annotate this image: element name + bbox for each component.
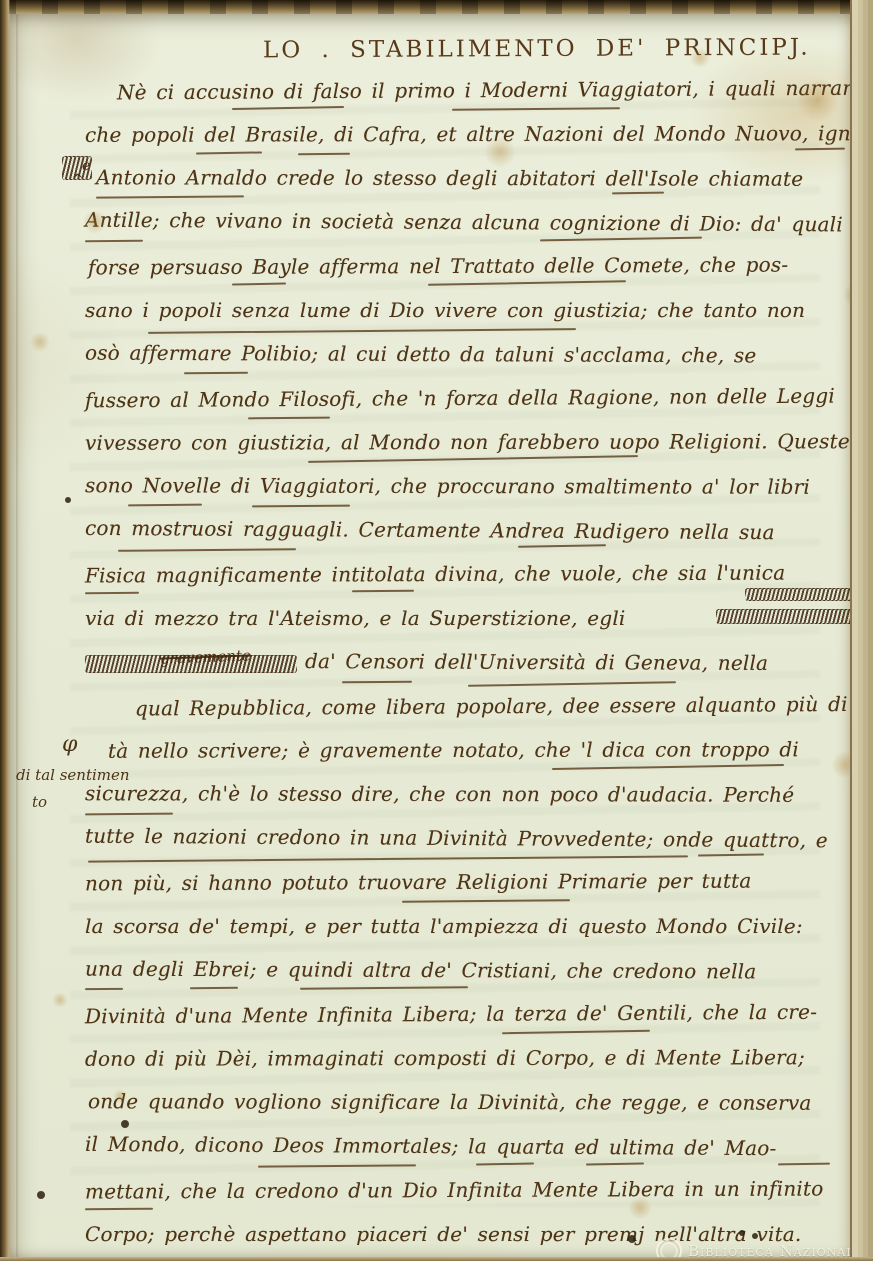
- manuscript-scan: LO . STABILIMENTO DE' PRINCIPJ. Nè ci ac…: [0, 0, 873, 1261]
- manuscript-line: che popoli del Brasile, di Cafra, et alt…: [85, 121, 870, 147]
- underline-stroke: [612, 192, 664, 195]
- underline-stroke: [85, 813, 173, 816]
- book-edge-bottom: [0, 1257, 873, 1261]
- margin-note-line2: to: [32, 793, 47, 811]
- manuscript-line: da' Censori dell'Università di Geneva, n…: [305, 649, 768, 675]
- underline-stroke: [452, 107, 620, 110]
- underline-stroke: [795, 148, 845, 151]
- margin-insertion-mark: φ: [62, 732, 77, 757]
- manuscript-line: con mostruosi ragguagli. Certamente Andr…: [85, 516, 775, 544]
- underline-stroke: [468, 681, 676, 687]
- manuscript-line: dono di più Dèi, immaginati composti di …: [85, 1045, 805, 1071]
- manuscript-line: la scorsa de' tempi, e per tutta l'ampie…: [85, 914, 803, 938]
- page-edges-right: [850, 0, 873, 1261]
- manuscript-line: fussero al Mondo Filosofi, che 'n forza …: [85, 384, 835, 413]
- underline-stroke: [308, 455, 638, 463]
- manuscript-line: non più, si hanno potuto truovare Religi…: [85, 869, 752, 896]
- manuscript-line: Fisica magnificamente intitolata divina,…: [85, 561, 785, 588]
- ink-dot: [628, 1235, 636, 1243]
- manuscript-line: sano i popoli senza lume di Dio vivere c…: [85, 298, 805, 322]
- manuscript-line: qual Repubblica, come libera popolare, d…: [135, 692, 873, 721]
- underline-stroke: [248, 417, 330, 420]
- manuscript-line: tà nello scrivere; è gravemente notato, …: [108, 737, 799, 762]
- underline-stroke: [300, 986, 468, 989]
- underline-stroke: [586, 1162, 644, 1165]
- underline-stroke: [352, 590, 414, 593]
- manuscript-line: tutte le nazioni credono in una Divinità…: [85, 824, 828, 853]
- underline-stroke: [128, 504, 202, 507]
- manuscript-line: forse persuaso Bayle afferma nel Trattat…: [88, 253, 788, 280]
- underline-stroke: [402, 899, 570, 902]
- underline-stroke: [232, 106, 344, 110]
- ink-dot: [37, 1191, 45, 1199]
- underline-stroke: [258, 1164, 416, 1167]
- ink-dot: [65, 497, 71, 503]
- underline-stroke: [232, 283, 286, 286]
- underline-stroke: [502, 1030, 650, 1035]
- crossed-out-text: [85, 655, 297, 673]
- crossed-out-text: [716, 609, 856, 624]
- manuscript-line: sicurezza, ch'è lo stesso dire, che con …: [85, 781, 794, 806]
- binding-fold: [16, 14, 19, 1257]
- manuscript-line: Antille; che vivano in società senza alc…: [85, 208, 843, 237]
- book-edge-left: [0, 0, 10, 1261]
- ink-dot: [739, 1230, 745, 1236]
- underline-stroke: [252, 505, 350, 508]
- manuscript-line: sono Novelle di Viaggiatori, che proccur…: [85, 473, 810, 499]
- foxing-spot: [30, 332, 50, 352]
- manuscript-line: mettani, che la credono d'un Dio Infinit…: [85, 1176, 824, 1203]
- underline-stroke: [518, 544, 606, 548]
- underline-stroke: [190, 987, 238, 989]
- manuscript-line: vivessero con giustizia, al Mondo non fa…: [85, 429, 850, 455]
- underline-stroke: [476, 1162, 534, 1165]
- underline-stroke: [428, 280, 626, 285]
- book-edge-top: [0, 0, 873, 14]
- manuscript-line: il Mondo, dicono Deos Immortales; la qua…: [85, 1132, 777, 1160]
- underline-stroke: [540, 237, 702, 242]
- crossed-out-text: [62, 156, 92, 180]
- underline-stroke: [96, 195, 244, 198]
- manuscript-line: osò affermare Polibio; al cui detto da t…: [85, 341, 757, 368]
- underline-stroke: [196, 151, 262, 154]
- crossed-out-text: [745, 588, 857, 601]
- foxing-spot: [52, 992, 68, 1008]
- underline-stroke: [85, 592, 139, 594]
- page-title: LO . STABILIMENTO DE' PRINCIPJ.: [263, 35, 811, 64]
- underline-stroke: [88, 855, 688, 862]
- margin-note-line1: di tal sentimen: [16, 766, 130, 784]
- manuscript-line: Divinità d'una Mente Infinita Libera; la…: [85, 1000, 817, 1029]
- underline-stroke: [148, 328, 576, 334]
- manuscript-page: LO . STABILIMENTO DE' PRINCIPJ. Nè ci ac…: [10, 14, 850, 1257]
- manuscript-line: Nè ci accusino di falso il primo i Moder…: [117, 76, 873, 105]
- underline-stroke: [342, 681, 412, 684]
- ink-dot: [121, 1120, 129, 1128]
- manuscript-line: via di mezzo tra l'Ateismo, e la Superst…: [85, 606, 626, 630]
- manuscript-line: una degli Ebrei; e quindi altra de' Cris…: [85, 957, 757, 984]
- manuscript-line: Antonio Arnaldo crede lo stesso degli ab…: [96, 165, 803, 190]
- underline-stroke: [85, 240, 143, 243]
- underline-stroke: [184, 372, 248, 375]
- underline-stroke: [118, 548, 296, 552]
- underline-stroke: [298, 153, 350, 155]
- underline-stroke: [85, 1208, 153, 1211]
- underline-stroke: [552, 764, 784, 770]
- manuscript-line: onde quando vogliono significare la Divi…: [88, 1089, 812, 1115]
- underline-stroke: [778, 1163, 830, 1166]
- underline-stroke: [698, 853, 764, 856]
- underline-stroke: [85, 988, 123, 990]
